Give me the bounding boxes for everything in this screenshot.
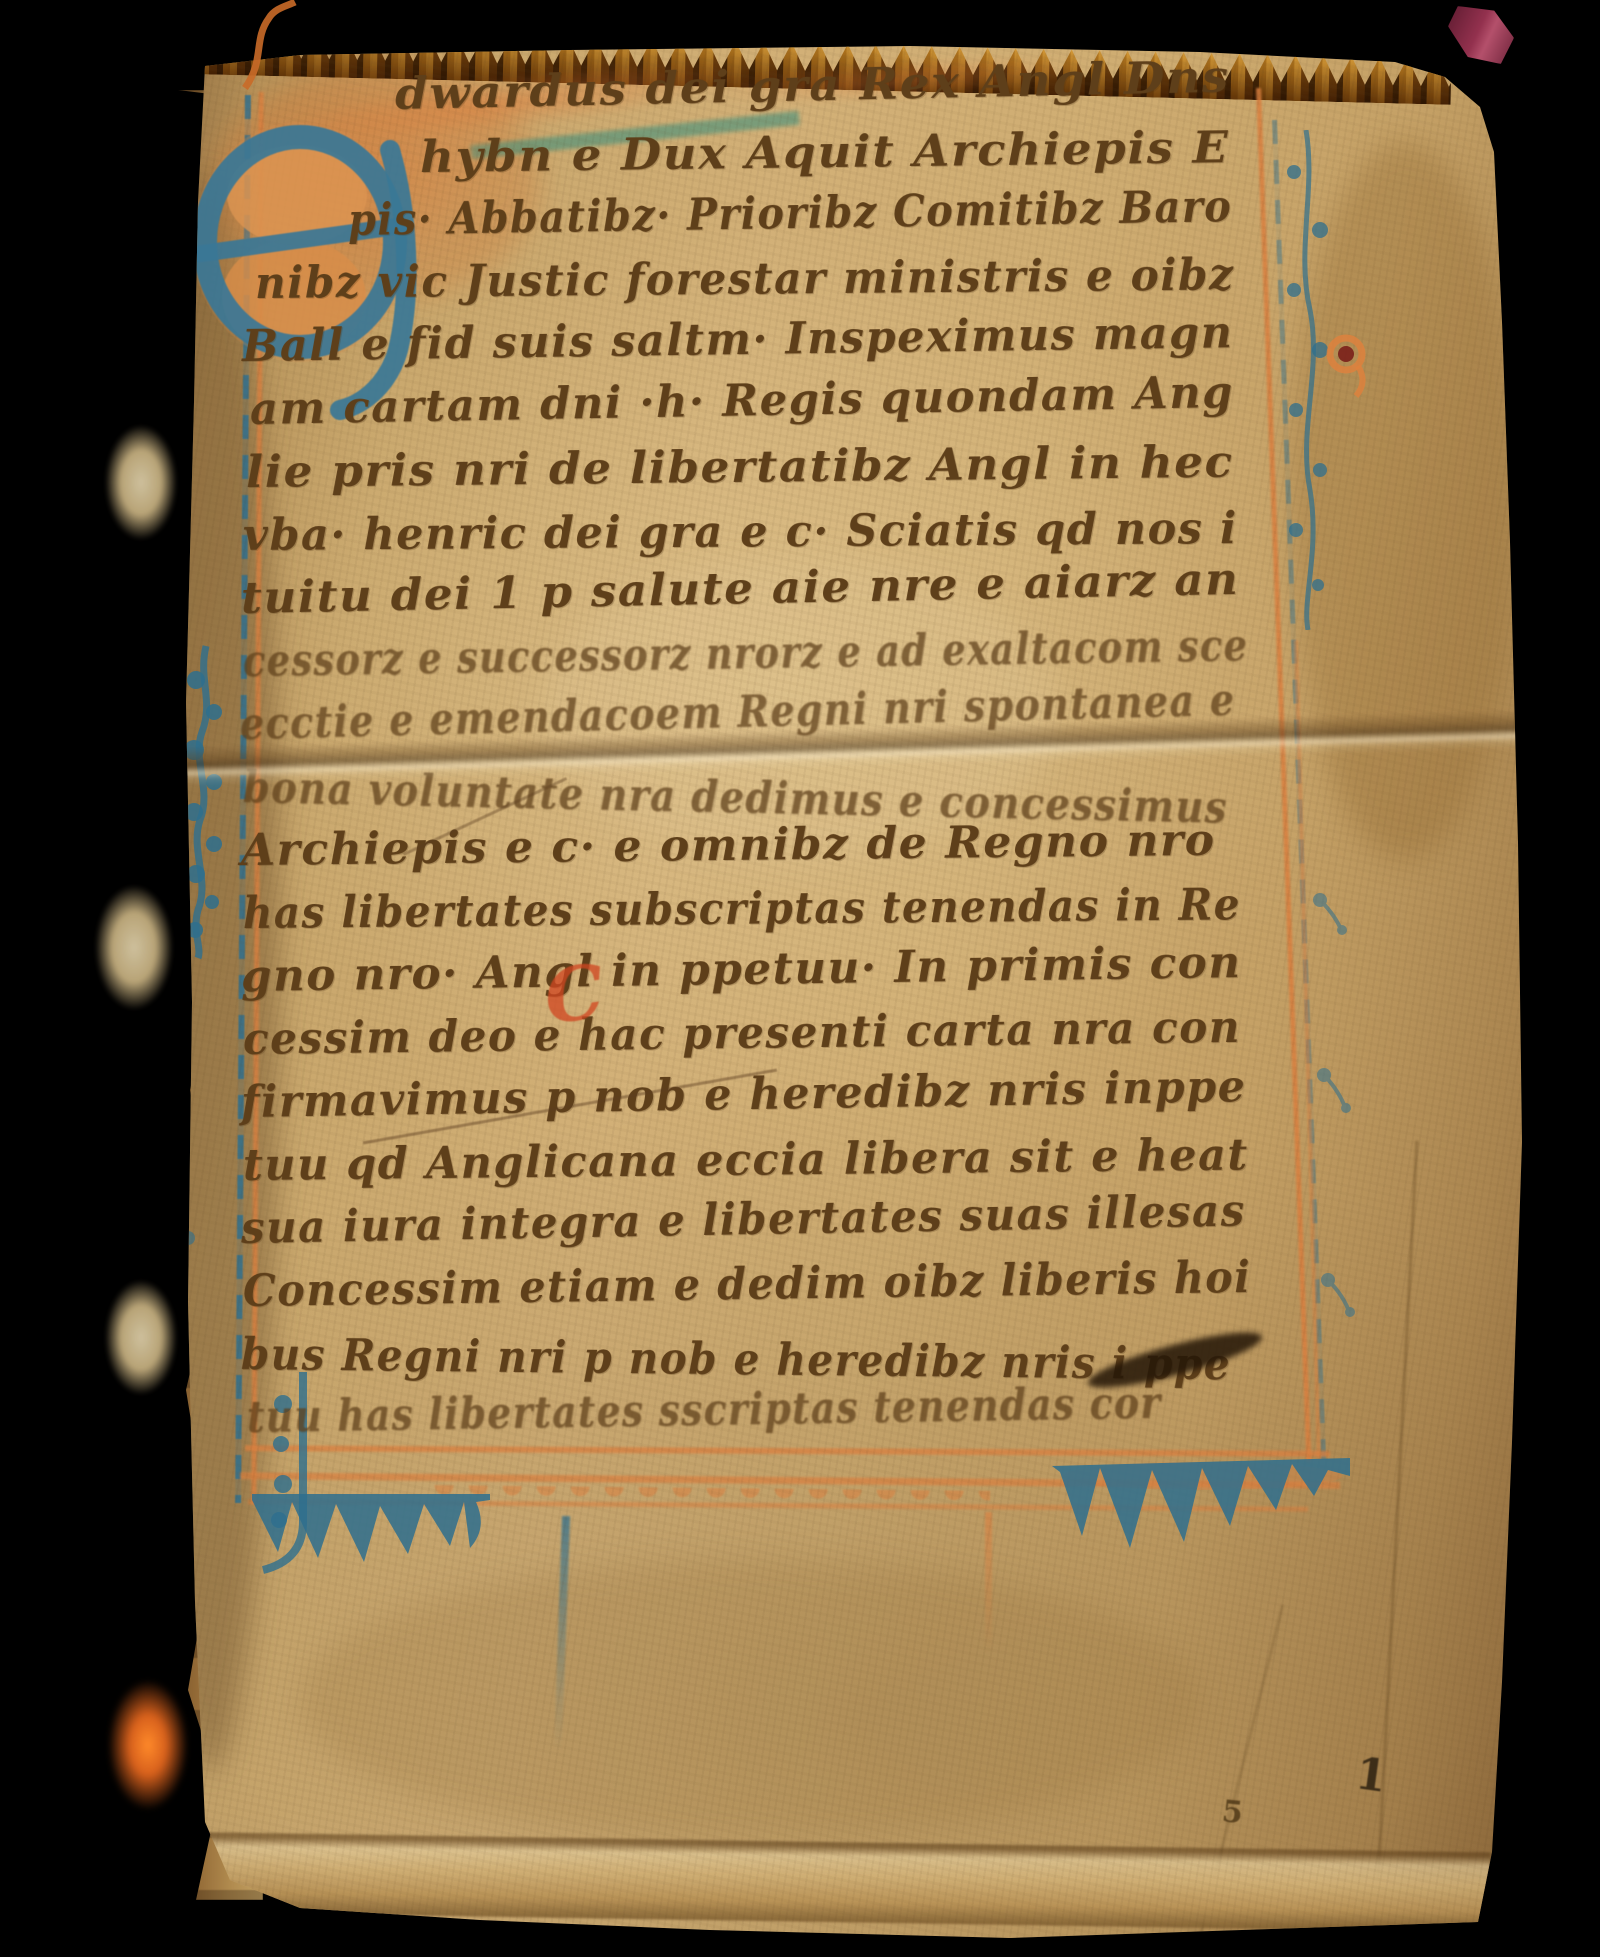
bottom-left-pennant-leaves-icon	[252, 1488, 492, 1578]
manuscript-text-line: has libertates subscriptas tenendas in R…	[243, 878, 1241, 939]
manuscript-text-line: lie pris nri de libertatibz Angl in hec	[246, 436, 1234, 498]
manuscript-text-line: hybn e Dux Aquit Archiepis E	[420, 121, 1230, 183]
orange-thread-fragment	[108, 1680, 188, 1810]
manuscript-text-line: nibz vic Justic forestar ministris e oib…	[255, 249, 1235, 309]
spine-sewing-bump	[95, 885, 173, 1010]
bookmark-ribbon	[1448, 6, 1514, 64]
bottom-right-pennant-leaves-icon	[1052, 1456, 1352, 1576]
right-margin-flower-icon	[1322, 330, 1372, 400]
head-thread-icon	[235, 0, 305, 92]
right-margin-sprigs-icon	[1290, 860, 1380, 1380]
spine-sewing-bump	[105, 1280, 177, 1395]
folio-mark: 5	[1220, 1794, 1244, 1831]
manuscript-page: E dwardus dei gra Rex Angl Dns hybn e Du…	[150, 22, 1525, 1947]
manuscript-text-line: vba· henric dei gra e c· Sciatis qd nos …	[243, 502, 1238, 561]
rubric-initial-c: C	[540, 949, 609, 1042]
photograph-black-backdrop: { "manuscript": { "illuminated_initial":…	[0, 0, 1600, 1957]
left-margin-foliage-icon	[168, 640, 238, 960]
manuscript-text-line: Archiepis e c· e omnibz de Regno nro	[241, 814, 1216, 876]
spine-sewing-bump	[105, 425, 177, 540]
